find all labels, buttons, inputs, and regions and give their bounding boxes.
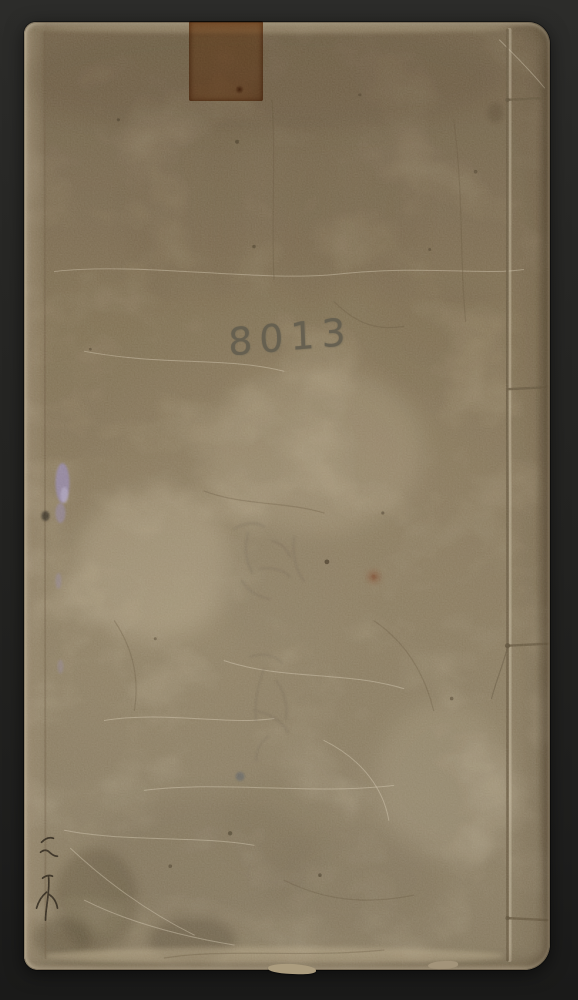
photo-backdrop: 8013 bbox=[0, 0, 578, 1000]
paper-grain bbox=[25, 22, 550, 970]
book-cover bbox=[24, 22, 550, 970]
repair-tape bbox=[189, 21, 263, 101]
paper-texture bbox=[24, 22, 550, 970]
inventory-number: 8013 bbox=[228, 313, 354, 362]
